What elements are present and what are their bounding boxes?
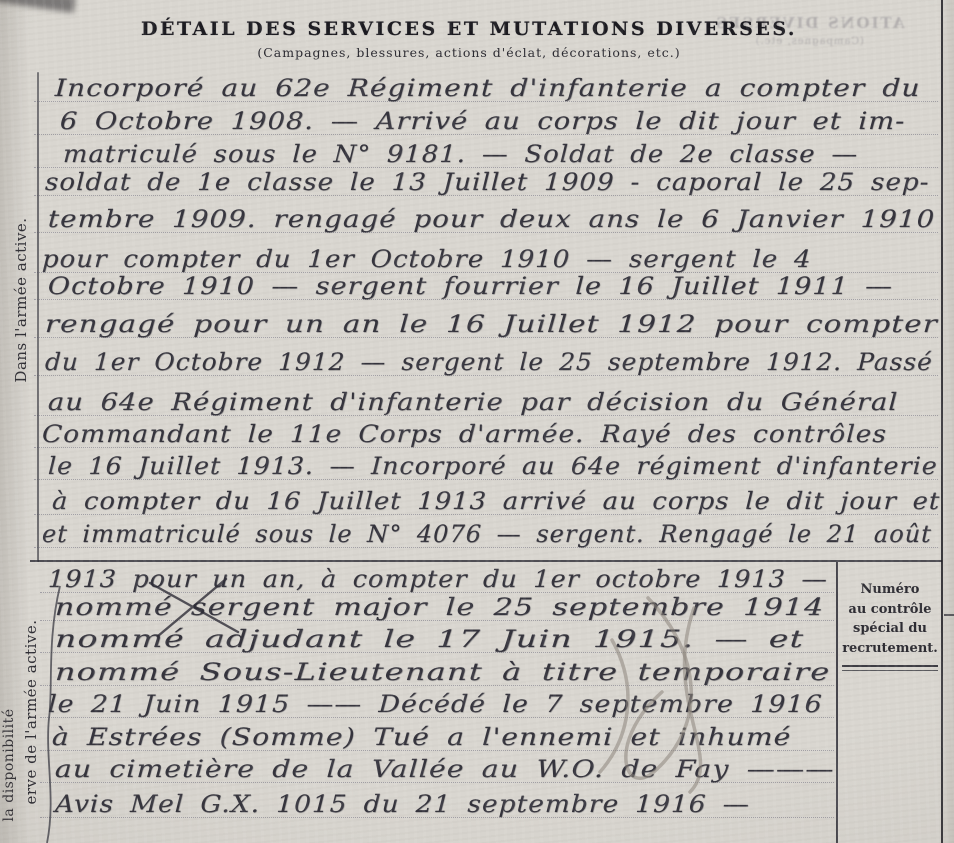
handwritten-line: et immatriculé sous le N° 4076 — sergent…: [42, 520, 933, 548]
handwritten-line: Incorporé au 62e Régiment d'infanterie a…: [54, 74, 921, 102]
handwritten-line: soldat de 1e classe le 13 Juillet 1909 -…: [44, 168, 930, 196]
handwritten-line: matriculé sous le N° 9181. — Soldat de 2…: [62, 140, 858, 168]
handwritten-line: le 16 Juillet 1913. — Incorporé au 64e r…: [47, 452, 938, 480]
handwritten-line: à Estrées (Somme) Tué a l'ennemi et inhu…: [51, 723, 792, 751]
handwritten-line: Octobre 1910 — sergent fourrier le 16 Ju…: [47, 272, 893, 300]
handwritten-line: tembre 1909. rengagé pour deux ans le 6 …: [47, 205, 935, 233]
handwritten-line: 1913 pour un an, à compter du 1er octobr…: [47, 565, 828, 593]
scanned-military-record-page: DÉTAIL DES SERVICES ET MUTATIONS DIVERSE…: [0, 0, 954, 843]
handwritten-line: nommé adjudant le 17 Juin 1915. — et: [54, 625, 805, 653]
handwritten-line: le 21 Juin 1915 —— Décédé le 7 septembre…: [47, 690, 823, 718]
handwritten-line: à compter du 16 Juillet 1913 arrivé au c…: [51, 487, 940, 515]
handwritten-line: 6 Octobre 1908. — Arrivé au corps le dit…: [59, 107, 906, 135]
handwritten-line: Commandant le 11e Corps d'armée. Rayé de…: [41, 420, 887, 448]
handwritten-line: au 64e Régiment d'infanterie par décisio…: [47, 388, 898, 416]
handwritten-line: pour compter du 1er Octobre 1910 — serge…: [41, 245, 812, 273]
handwritten-line: nommé Sous-Lieutenant à titre temporaire: [54, 658, 831, 686]
handwritten-line: du 1er Octobre 1912 — sergent le 25 sept…: [44, 348, 933, 376]
handwritten-line: rengagé pour un an le 16 Juillet 1912 po…: [44, 310, 938, 338]
handwritten-line: Avis Mel G.X. 1015 du 21 septembre 1916 …: [54, 790, 750, 818]
handwritten-line: nommé sergent major le 25 septembre 1914: [54, 593, 825, 621]
handwritten-line: au cimetière de la Vallée au W.O. de Fay…: [54, 755, 835, 783]
handwriting-layer: Incorporé au 62e Régiment d'infanterie a…: [0, 0, 954, 843]
